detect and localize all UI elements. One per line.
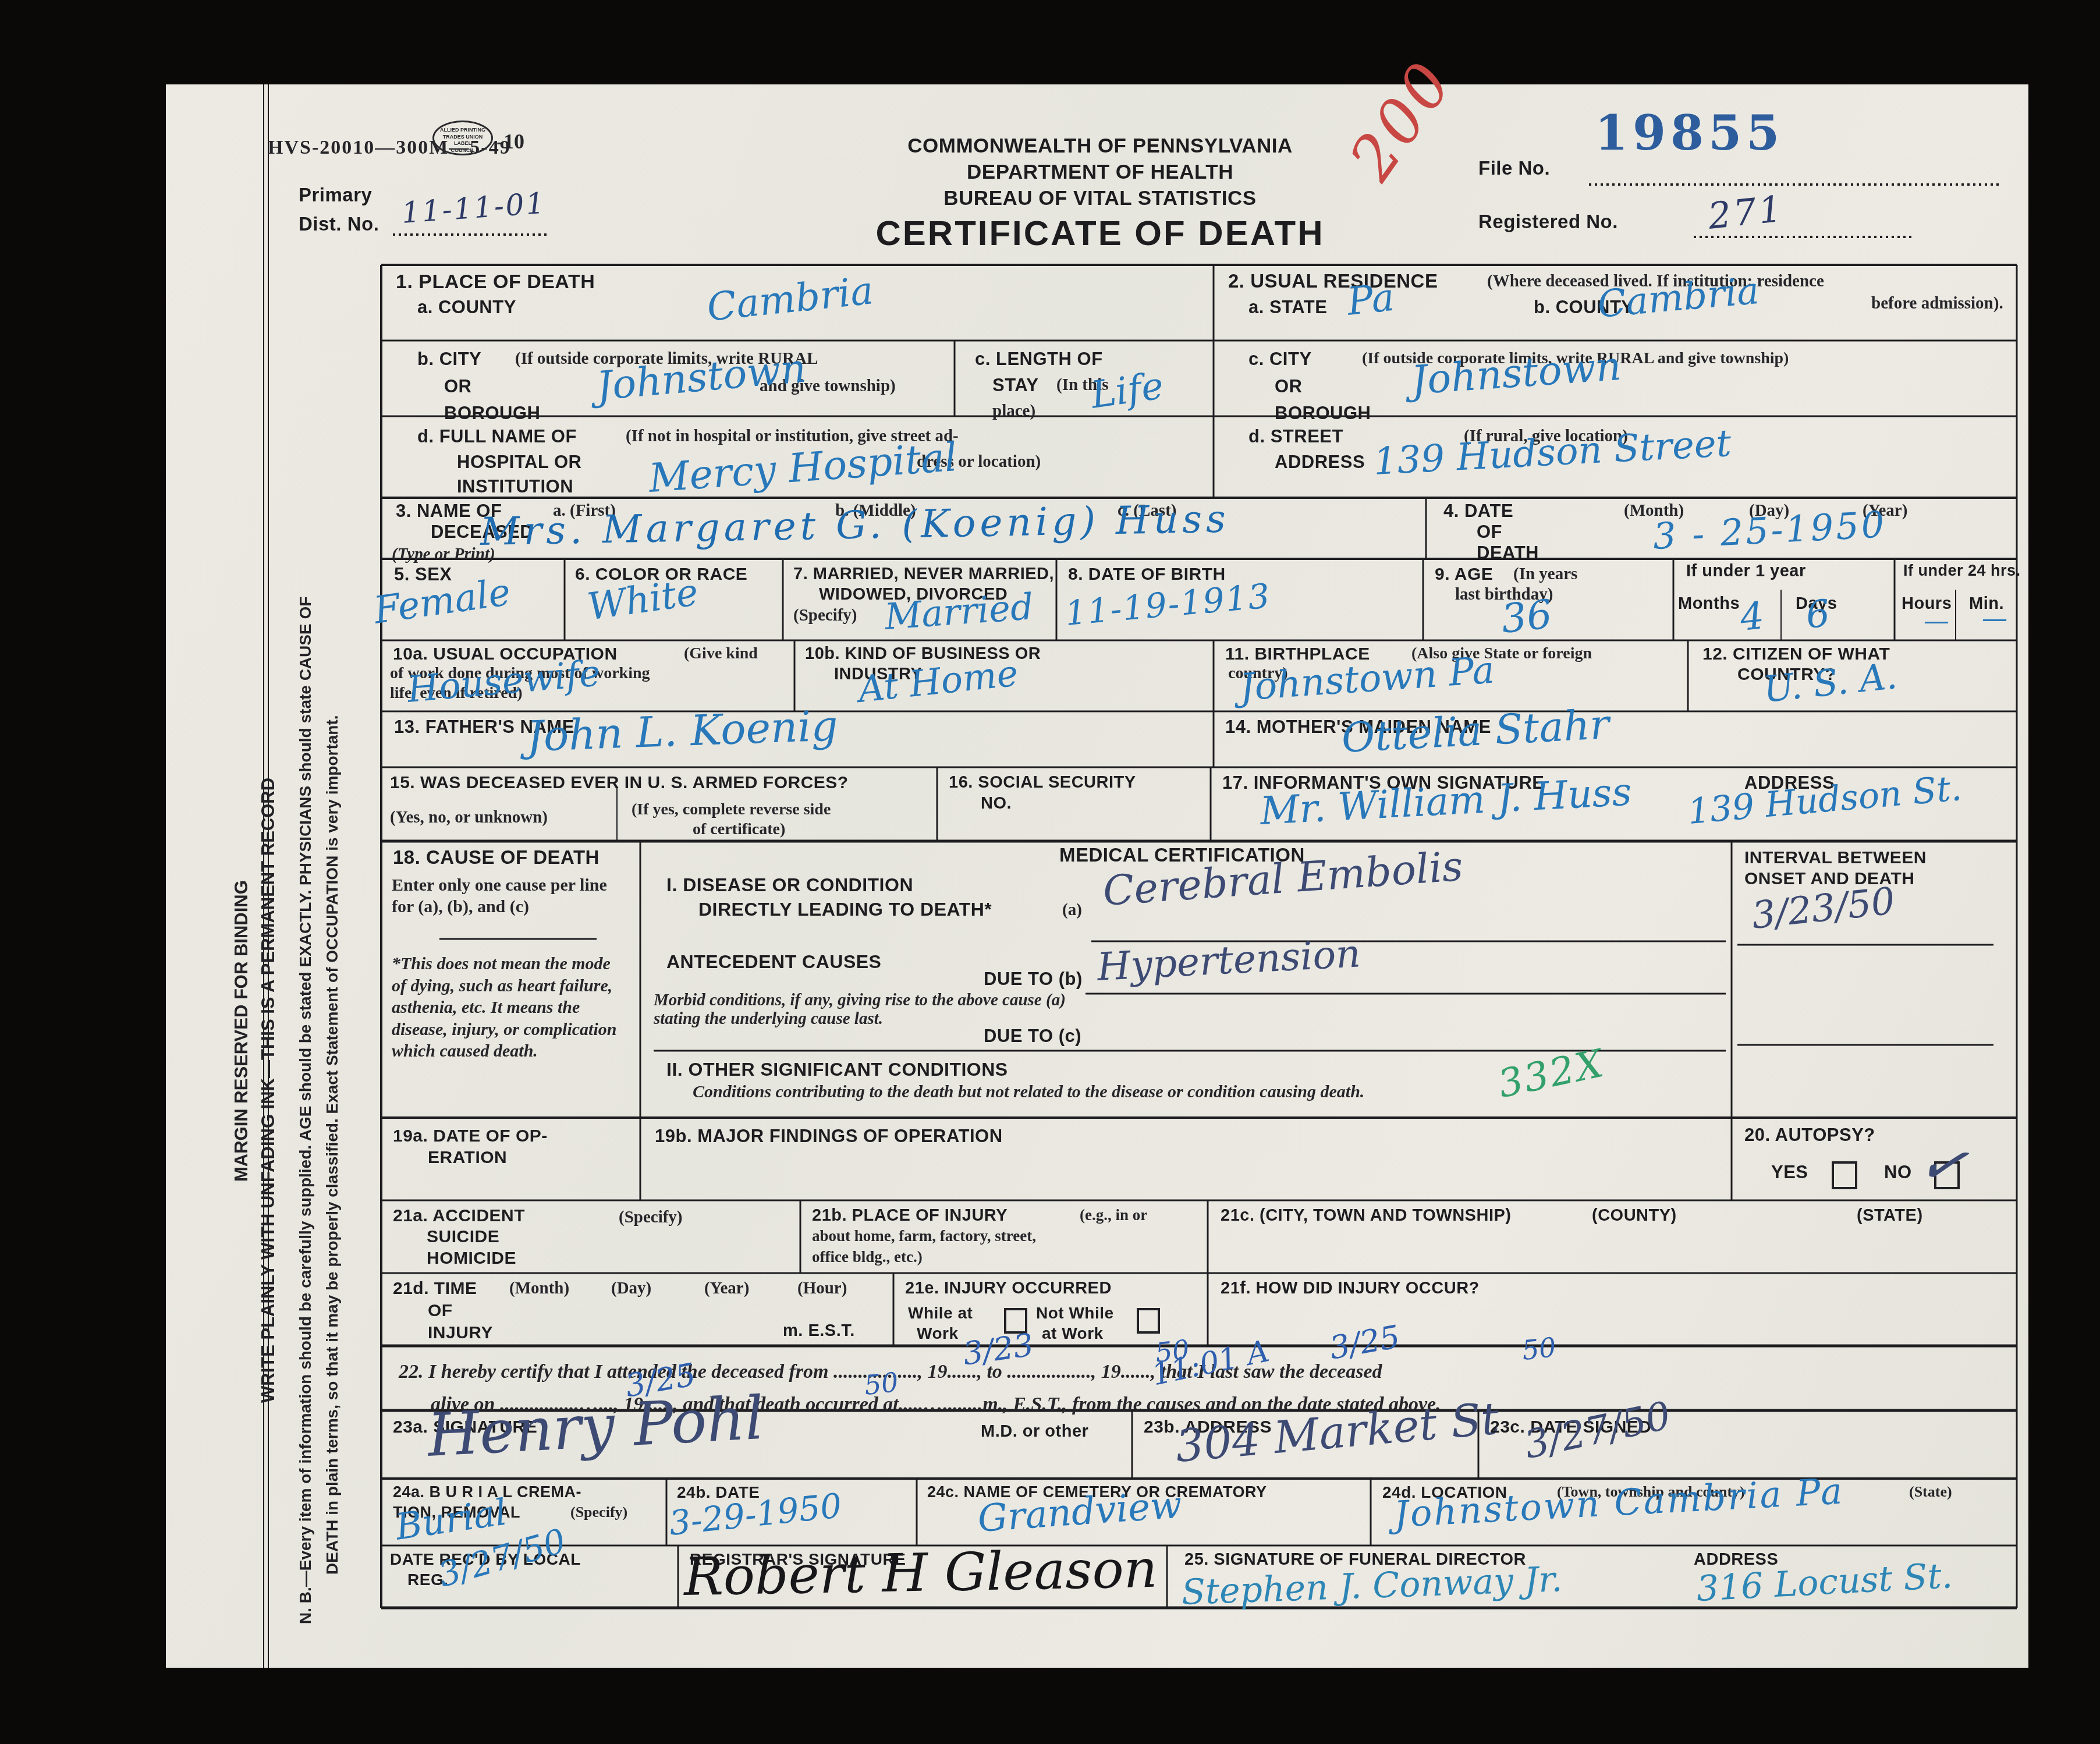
md-or-other-label: M.D. or other	[981, 1422, 1088, 1441]
field-2c-or: OR	[1275, 377, 1303, 397]
autopsy-no-label: NO	[1884, 1162, 1912, 1183]
field-2c-label: c. CITY	[1248, 349, 1312, 370]
field-15-note2: (If yes, complete reverse side	[632, 800, 831, 818]
field-21c-state: (STATE)	[1857, 1206, 1923, 1225]
not-while-at-work-checkbox[interactable]	[1137, 1308, 1160, 1334]
field-20-label: 20. AUTOPSY?	[1744, 1125, 1875, 1146]
autopsy-yes-label: YES	[1771, 1162, 1808, 1183]
certificate-title: CERTIFICATE OF DEATH	[809, 214, 1391, 253]
field-21a-label3: HOMICIDE	[427, 1249, 516, 1268]
field-1c-label2: STAY	[992, 375, 1039, 396]
field-9-note1: (In years	[1513, 565, 1577, 583]
margin-binding-note: MARGIN RESERVED FOR BINDING	[231, 880, 252, 1182]
field-2a-value: Pa	[1345, 275, 1396, 324]
margin-permanent-record-note: WRITE PLAINLY WITH UNFADING INK—THIS IS …	[258, 778, 279, 1403]
field-15-note1: (Yes, no, or unknown)	[390, 808, 548, 827]
field-21d-hour: (Hour)	[797, 1279, 847, 1298]
field-10a-note1: (Give kind	[684, 644, 758, 662]
field-1b-or: OR	[444, 377, 472, 397]
antecedent-causes-label: ANTECEDENT CAUSES	[666, 952, 881, 973]
under-1-year-label: If under 1 year	[1686, 562, 1806, 580]
field-21c-label: 21c. (CITY, TOWN AND TOWNSHIP)	[1221, 1206, 1511, 1225]
field-1-label: 1. PLACE OF DEATH	[396, 271, 595, 293]
field-1b-label: b. CITY	[417, 349, 481, 370]
field-24a-specify: (Specify)	[570, 1504, 627, 1520]
while-at-work-label1: While at	[908, 1304, 973, 1322]
autopsy-yes-checkbox[interactable]	[1832, 1161, 1857, 1189]
union-label-line3: COUNCIL	[434, 147, 491, 154]
field-1d-label1: d. FULL NAME OF	[417, 427, 577, 447]
field-21b-label: 21b. PLACE OF INJURY	[812, 1206, 1008, 1225]
field-9-label: 9. AGE	[1435, 565, 1493, 584]
while-at-work-label2: Work	[917, 1324, 959, 1342]
field-21b-note3: office bldg., etc.)	[812, 1248, 923, 1266]
field-16-label1: 16. SOCIAL SECURITY	[949, 773, 1136, 792]
field-19b-label: 19b. MAJOR FINDINGS OF OPERATION	[655, 1126, 1003, 1147]
field-21d-of: OF	[428, 1301, 453, 1321]
due-to-b-label: DUE TO (b)	[984, 969, 1083, 990]
primary-dist-label: Primary	[299, 185, 372, 206]
field-18-enter-note: Enter only one cause per line for (a), (…	[392, 875, 627, 917]
field-21b-note1: (e.g., in or	[1080, 1206, 1147, 1224]
field-21d-injury: INJURY	[428, 1323, 493, 1343]
field-18-a-tag: (a)	[1062, 901, 1082, 919]
field-18-star-note: *This does not mean the mode of dying, s…	[392, 953, 627, 1062]
header-department: DEPARTMENT OF HEALTH	[809, 161, 1391, 183]
field-2c-borough: BOROUGH	[1275, 403, 1371, 424]
field-18-i-label2: DIRECTLY LEADING TO DEATH*	[698, 899, 992, 920]
age-hours-value: —	[1924, 606, 1949, 636]
field-1c-label3: place)	[992, 402, 1035, 420]
field-2d-label2: ADDRESS	[1275, 452, 1365, 473]
field-4-label2: OF	[1477, 522, 1502, 543]
field-21a-label2: SUICIDE	[427, 1227, 499, 1247]
registrar-signature-value: Robert H Gleason	[683, 1539, 1158, 1608]
field-21d-label: 21d. TIME	[393, 1279, 477, 1299]
due-to-c-label: DUE TO (c)	[984, 1026, 1081, 1047]
months-label: Months	[1678, 594, 1740, 613]
field-21a-label1: 21a. ACCIDENT	[393, 1206, 525, 1226]
field-19a-label1: 19a. DATE OF OP-	[393, 1126, 548, 1146]
field-2-note2: before admission).	[1871, 294, 2003, 313]
union-label-suffix: -10	[496, 130, 524, 153]
other-conditions-note: Conditions contributing to the death but…	[693, 1082, 1577, 1101]
field-1d-label2: HOSPITAL OR	[457, 452, 581, 473]
age-value: 36	[1499, 591, 1554, 643]
field-1a-label: a. COUNTY	[417, 297, 516, 318]
field-1d-label3: INSTITUTION	[457, 477, 573, 497]
morbid-conditions-note: Morbid conditions, if any, giving rise t…	[654, 991, 1096, 1029]
field-21a-specify: (Specify)	[619, 1208, 683, 1227]
field-4-label1: 4. DATE	[1443, 501, 1513, 522]
file-no-stamp: 19855	[1595, 105, 1784, 161]
attended-to-year-value: 50	[1520, 1331, 1558, 1366]
field-18-ii-label: II. OTHER SIGNIFICANT CONDITIONS	[666, 1059, 1008, 1080]
field-24d-state: (State)	[1909, 1483, 1952, 1500]
margin-nb-note-line2: DEATH in plain terms, so that it may be …	[323, 715, 342, 1575]
field-15-note3: of certificate)	[693, 820, 785, 838]
field-1b-borough: BOROUGH	[444, 403, 540, 424]
registered-no-value: 271	[1706, 187, 1786, 238]
field-21c-county: (COUNTY)	[1592, 1206, 1677, 1225]
age-min-value: —	[1982, 604, 2007, 633]
not-while-at-work-label1: Not While	[1036, 1304, 1114, 1322]
header-bureau: BUREAU OF VITAL STATISTICS	[809, 187, 1391, 210]
last-alive-year-value: 50	[863, 1366, 900, 1401]
under-24-hrs-label: If under 24 hrs.	[1903, 562, 2021, 579]
file-no-label: File No.	[1478, 158, 1550, 179]
field-15-label: 15. WAS DECEASED EVER IN U. S. ARMED FOR…	[390, 773, 849, 793]
age-months-value: 4	[1738, 594, 1766, 640]
margin-nb-note-line1: N. B.—Every item of information should b…	[296, 597, 315, 1624]
age-days-value: 6	[1804, 592, 1832, 637]
field-1c-label1: c. LENGTH OF	[975, 349, 1103, 370]
field-3-label3: (Type or Print)	[392, 544, 495, 565]
scanned-death-certificate: MARGIN RESERVED FOR BINDING WRITE PLAINL…	[0, 0, 2100, 1744]
union-label-stamp: ALLIED PRINTING TRADES UNION LABEL COUNC…	[432, 120, 493, 155]
registered-no-label: Registered No.	[1478, 211, 1618, 233]
field-4-label3: DEATH	[1477, 543, 1539, 563]
field-7-label1: 7. MARRIED, NEVER MARRIED,	[793, 565, 1054, 583]
field-2d-label1: d. STREET	[1248, 427, 1343, 447]
field-21d-est: m. E.S.T.	[783, 1321, 855, 1340]
field-21d-year: (Year)	[704, 1279, 749, 1298]
field-18-i-label1: I. DISEASE OR CONDITION	[666, 875, 913, 896]
field-21e-label: 21e. INJURY OCCURRED	[905, 1279, 1112, 1298]
field-16-label2: NO.	[981, 794, 1012, 813]
field-21d-month: (Month)	[509, 1279, 569, 1298]
union-label-line2: TRADES UNION LABEL	[434, 134, 491, 147]
field-7-specify: (Specify)	[793, 606, 857, 625]
not-while-at-work-label2: at Work	[1042, 1324, 1104, 1342]
field-21d-day: (Day)	[611, 1279, 651, 1298]
field-18-label: 18. CAUSE OF DEATH	[393, 847, 600, 869]
field-2-label: 2. USUAL RESIDENCE	[1228, 271, 1438, 292]
field-19a-label2: ERATION	[428, 1148, 507, 1168]
dist-no-label: Dist. No.	[299, 214, 379, 235]
field-21f-label: 21f. HOW DID INJURY OCCUR?	[1221, 1279, 1480, 1298]
field-21b-note2: about home, farm, factory, street,	[812, 1227, 1036, 1245]
field-2a-label: a. STATE	[1248, 297, 1327, 318]
header-commonwealth: COMMONWEALTH OF PENNSYLVANIA	[809, 134, 1391, 157]
union-label-line1: ALLIED PRINTING	[434, 127, 491, 134]
certificate-paper: MARGIN RESERVED FOR BINDING WRITE PLAINL…	[166, 84, 2028, 1668]
interval-label1: INTERVAL BETWEEN	[1744, 848, 1927, 868]
